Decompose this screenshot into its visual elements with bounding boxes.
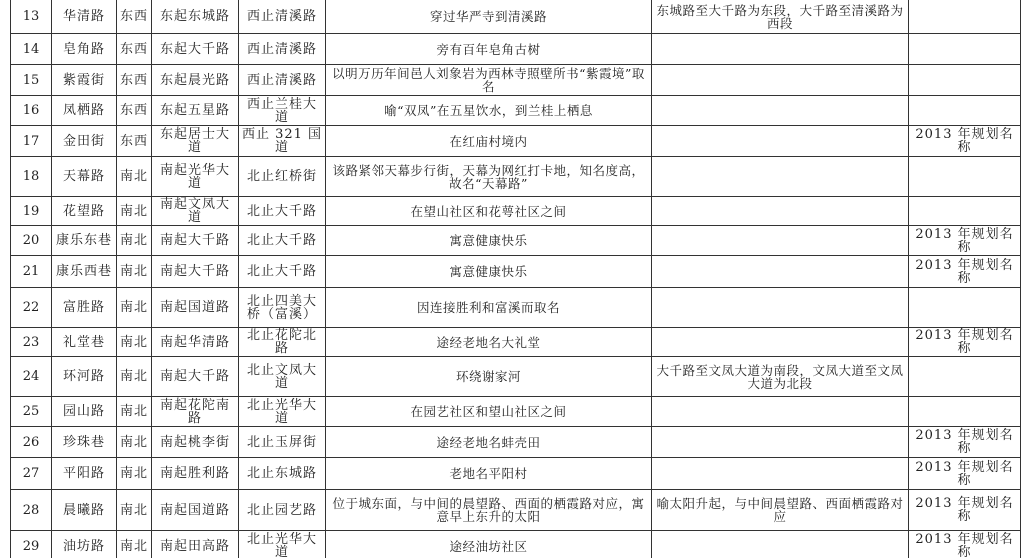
road-direction-cell: 东西 bbox=[117, 34, 152, 65]
remark-cell: 2013 年规划名称 bbox=[909, 427, 1021, 458]
road-direction-cell: 南北 bbox=[117, 427, 152, 458]
segment-note-cell bbox=[652, 96, 909, 126]
segment-note-cell bbox=[652, 34, 909, 65]
segment-note-cell bbox=[652, 397, 909, 427]
road-start-cell: 南起华清路 bbox=[152, 328, 239, 357]
row-number-cell: 15 bbox=[11, 65, 52, 96]
remark-cell: 2013 年规划名称 bbox=[909, 226, 1021, 256]
road-direction-cell: 南北 bbox=[117, 226, 152, 256]
road-direction-cell: 南北 bbox=[117, 157, 152, 197]
road-start-cell: 南起桃李街 bbox=[152, 427, 239, 458]
naming-meaning-cell: 在望山社区和花萼社区之间 bbox=[326, 197, 652, 226]
road-name-cell: 平阳路 bbox=[52, 458, 117, 490]
row-number-cell: 17 bbox=[11, 126, 52, 157]
road-direction-cell: 南北 bbox=[117, 458, 152, 490]
naming-meaning-cell: 在园艺社区和望山社区之间 bbox=[326, 397, 652, 427]
row-number-cell: 29 bbox=[11, 531, 52, 558]
road-name-cell: 金田街 bbox=[52, 126, 117, 157]
remark-cell: 2013 年规划名称 bbox=[909, 126, 1021, 157]
naming-meaning-cell: 途经油坊社区 bbox=[326, 531, 652, 558]
naming-meaning-cell: 喻“双凤”在五星饮水，到兰桂上栖息 bbox=[326, 96, 652, 126]
remark-cell: 2013 年规划名称 bbox=[909, 458, 1021, 490]
road-start-cell: 南起花陀南路 bbox=[152, 397, 239, 427]
road-end-cell: 北止大千路 bbox=[239, 256, 326, 288]
segment-note-cell bbox=[652, 157, 909, 197]
table-row: 22富胜路南北南起国道路北止四美大桥（富溪）因连接胜利和富溪而取名 bbox=[11, 288, 1021, 328]
road-end-cell: 西止 321 国道 bbox=[239, 126, 326, 157]
table-row: 27平阳路南北南起胜利路北止东城路老地名平阳村2013 年规划名称 bbox=[11, 458, 1021, 490]
road-end-cell: 北止大千路 bbox=[239, 226, 326, 256]
table-row: 23礼堂巷南北南起华清路北止花陀北路途经老地名大礼堂2013 年规划名称 bbox=[11, 328, 1021, 357]
row-number-cell: 16 bbox=[11, 96, 52, 126]
road-name-cell: 珍珠巷 bbox=[52, 427, 117, 458]
remark-cell bbox=[909, 197, 1021, 226]
road-end-cell: 西止清溪路 bbox=[239, 34, 326, 65]
road-name-cell: 紫霞街 bbox=[52, 65, 117, 96]
road-direction-cell: 东西 bbox=[117, 0, 152, 34]
table-row: 28晨曦路南北南起国道路北止园艺路位于城东面，与中间的晨望路、西面的栖霞路对应，… bbox=[11, 490, 1021, 531]
segment-note-cell bbox=[652, 65, 909, 96]
table-row: 24环河路南北南起大千路北止文凤大道环绕谢家河大千路至文凤大道为南段，文凤大道至… bbox=[11, 357, 1021, 397]
road-direction-cell: 南北 bbox=[117, 256, 152, 288]
road-end-cell: 北止光华大道 bbox=[239, 397, 326, 427]
remark-cell bbox=[909, 157, 1021, 197]
road-start-cell: 南起大千路 bbox=[152, 226, 239, 256]
road-start-cell: 南起胜利路 bbox=[152, 458, 239, 490]
road-end-cell: 北止东城路 bbox=[239, 458, 326, 490]
row-number-cell: 20 bbox=[11, 226, 52, 256]
remark-cell: 2013 年规划名称 bbox=[909, 490, 1021, 531]
row-number-cell: 19 bbox=[11, 197, 52, 226]
naming-meaning-cell: 旁有百年皂角古树 bbox=[326, 34, 652, 65]
table-row: 25园山路南北南起花陀南路北止光华大道在园艺社区和望山社区之间 bbox=[11, 397, 1021, 427]
row-number-cell: 26 bbox=[11, 427, 52, 458]
segment-note-cell bbox=[652, 226, 909, 256]
road-direction-cell: 东西 bbox=[117, 126, 152, 157]
road-direction-cell: 东西 bbox=[117, 96, 152, 126]
table-row: 15紫霞街东西东起晨光路西止清溪路以明万历年间邑人刘象岩为西林寺照壁所书“紫霞境… bbox=[11, 65, 1021, 96]
naming-meaning-cell: 途经老地名大礼堂 bbox=[326, 328, 652, 357]
naming-meaning-cell: 在红庙村境内 bbox=[326, 126, 652, 157]
road-end-cell: 北止光华大道 bbox=[239, 531, 326, 558]
row-number-cell: 21 bbox=[11, 256, 52, 288]
table-row: 18天幕路南北南起光华大道北止红桥街该路紧邻天幕步行街，天幕为网红打卡地，知名度… bbox=[11, 157, 1021, 197]
table-row: 21康乐西巷南北南起大千路北止大千路寓意健康快乐2013 年规划名称 bbox=[11, 256, 1021, 288]
road-direction-cell: 东西 bbox=[117, 65, 152, 96]
table-row: 26珍珠巷南北南起桃李街北止玉屏街途经老地名蚌壳田2013 年规划名称 bbox=[11, 427, 1021, 458]
road-naming-table: 13华清路东西东起东城路西止清溪路穿过华严寺到清溪路东城路至大千路为东段，大千路… bbox=[10, 0, 1021, 558]
road-name-cell: 油坊路 bbox=[52, 531, 117, 558]
table-row: 13华清路东西东起东城路西止清溪路穿过华严寺到清溪路东城路至大千路为东段，大千路… bbox=[11, 0, 1021, 34]
table-row: 19花望路南北南起文凤大道北止大千路在望山社区和花萼社区之间 bbox=[11, 197, 1021, 226]
road-start-cell: 南起国道路 bbox=[152, 288, 239, 328]
remark-cell: 2013 年规划名称 bbox=[909, 256, 1021, 288]
road-direction-cell: 南北 bbox=[117, 531, 152, 558]
road-name-cell: 康乐东巷 bbox=[52, 226, 117, 256]
naming-meaning-cell: 位于城东面，与中间的晨望路、西面的栖霞路对应，寓意早上东升的太阳 bbox=[326, 490, 652, 531]
table-row: 20康乐东巷南北南起大千路北止大千路寓意健康快乐2013 年规划名称 bbox=[11, 226, 1021, 256]
naming-meaning-cell: 穿过华严寺到清溪路 bbox=[326, 0, 652, 34]
row-number-cell: 22 bbox=[11, 288, 52, 328]
row-number-cell: 25 bbox=[11, 397, 52, 427]
row-number-cell: 27 bbox=[11, 458, 52, 490]
naming-meaning-cell: 因连接胜利和富溪而取名 bbox=[326, 288, 652, 328]
segment-note-cell bbox=[652, 126, 909, 157]
remark-cell bbox=[909, 34, 1021, 65]
row-number-cell: 28 bbox=[11, 490, 52, 531]
road-name-cell: 皂角路 bbox=[52, 34, 117, 65]
road-end-cell: 北止花陀北路 bbox=[239, 328, 326, 357]
road-start-cell: 东起五星路 bbox=[152, 96, 239, 126]
segment-note-cell bbox=[652, 458, 909, 490]
table-body: 13华清路东西东起东城路西止清溪路穿过华严寺到清溪路东城路至大千路为东段，大千路… bbox=[11, 0, 1021, 558]
road-end-cell: 北止园艺路 bbox=[239, 490, 326, 531]
road-start-cell: 东起晨光路 bbox=[152, 65, 239, 96]
naming-meaning-cell: 老地名平阳村 bbox=[326, 458, 652, 490]
road-start-cell: 东起东城路 bbox=[152, 0, 239, 34]
road-end-cell: 西止清溪路 bbox=[239, 0, 326, 34]
naming-meaning-cell: 环绕谢家河 bbox=[326, 357, 652, 397]
road-start-cell: 南起田高路 bbox=[152, 531, 239, 558]
road-end-cell: 北止文凤大道 bbox=[239, 357, 326, 397]
row-number-cell: 24 bbox=[11, 357, 52, 397]
road-end-cell: 北止玉屏街 bbox=[239, 427, 326, 458]
segment-note-cell: 大千路至文凤大道为南段，文凤大道至文凤大道为北段 bbox=[652, 357, 909, 397]
table-row: 14皂角路东西东起大千路西止清溪路旁有百年皂角古树 bbox=[11, 34, 1021, 65]
road-direction-cell: 南北 bbox=[117, 357, 152, 397]
segment-note-cell: 喻太阳升起，与中间晨望路、西面栖霞路对应 bbox=[652, 490, 909, 531]
segment-note-cell bbox=[652, 427, 909, 458]
table-row: 16凤栖路东西东起五星路西止兰桂大道喻“双凤”在五星饮水，到兰桂上栖息 bbox=[11, 96, 1021, 126]
remark-cell: 2013 年规划名称 bbox=[909, 328, 1021, 357]
road-start-cell: 南起大千路 bbox=[152, 357, 239, 397]
table-row: 29油坊路南北南起田高路北止光华大道途经油坊社区2013 年规划名称 bbox=[11, 531, 1021, 558]
road-name-cell: 康乐西巷 bbox=[52, 256, 117, 288]
remark-cell bbox=[909, 0, 1021, 34]
naming-meaning-cell: 寓意健康快乐 bbox=[326, 256, 652, 288]
road-direction-cell: 南北 bbox=[117, 288, 152, 328]
road-name-cell: 晨曦路 bbox=[52, 490, 117, 531]
road-name-cell: 花望路 bbox=[52, 197, 117, 226]
road-start-cell: 南起文凤大道 bbox=[152, 197, 239, 226]
segment-note-cell: 东城路至大千路为东段，大千路至清溪路为西段 bbox=[652, 0, 909, 34]
road-start-cell: 东起居士大道 bbox=[152, 126, 239, 157]
naming-meaning-cell: 该路紧邻天幕步行街，天幕为网红打卡地，知名度高，故名“天幕路” bbox=[326, 157, 652, 197]
naming-meaning-cell: 以明万历年间邑人刘象岩为西林寺照壁所书“紫霞境”取名 bbox=[326, 65, 652, 96]
segment-note-cell bbox=[652, 256, 909, 288]
row-number-cell: 13 bbox=[11, 0, 52, 34]
road-start-cell: 南起国道路 bbox=[152, 490, 239, 531]
segment-note-cell bbox=[652, 197, 909, 226]
road-name-cell: 华清路 bbox=[52, 0, 117, 34]
road-direction-cell: 南北 bbox=[117, 328, 152, 357]
road-end-cell: 北止四美大桥（富溪） bbox=[239, 288, 326, 328]
road-name-cell: 礼堂巷 bbox=[52, 328, 117, 357]
road-start-cell: 东起大千路 bbox=[152, 34, 239, 65]
road-end-cell: 北止红桥街 bbox=[239, 157, 326, 197]
road-name-cell: 园山路 bbox=[52, 397, 117, 427]
row-number-cell: 23 bbox=[11, 328, 52, 357]
road-direction-cell: 南北 bbox=[117, 397, 152, 427]
road-name-cell: 富胜路 bbox=[52, 288, 117, 328]
road-name-cell: 天幕路 bbox=[52, 157, 117, 197]
row-number-cell: 18 bbox=[11, 157, 52, 197]
remark-cell bbox=[909, 65, 1021, 96]
table-row: 17金田街东西东起居士大道西止 321 国道在红庙村境内2013 年规划名称 bbox=[11, 126, 1021, 157]
road-start-cell: 南起光华大道 bbox=[152, 157, 239, 197]
segment-note-cell bbox=[652, 328, 909, 357]
remark-cell: 2013 年规划名称 bbox=[909, 531, 1021, 558]
segment-note-cell bbox=[652, 531, 909, 558]
naming-meaning-cell: 途经老地名蚌壳田 bbox=[326, 427, 652, 458]
naming-meaning-cell: 寓意健康快乐 bbox=[326, 226, 652, 256]
row-number-cell: 14 bbox=[11, 34, 52, 65]
road-end-cell: 西止清溪路 bbox=[239, 65, 326, 96]
road-end-cell: 北止大千路 bbox=[239, 197, 326, 226]
remark-cell bbox=[909, 397, 1021, 427]
road-end-cell: 西止兰桂大道 bbox=[239, 96, 326, 126]
road-start-cell: 南起大千路 bbox=[152, 256, 239, 288]
road-direction-cell: 南北 bbox=[117, 490, 152, 531]
road-direction-cell: 南北 bbox=[117, 197, 152, 226]
segment-note-cell bbox=[652, 288, 909, 328]
remark-cell bbox=[909, 96, 1021, 126]
remark-cell bbox=[909, 288, 1021, 328]
road-name-cell: 环河路 bbox=[52, 357, 117, 397]
remark-cell bbox=[909, 357, 1021, 397]
road-name-cell: 凤栖路 bbox=[52, 96, 117, 126]
